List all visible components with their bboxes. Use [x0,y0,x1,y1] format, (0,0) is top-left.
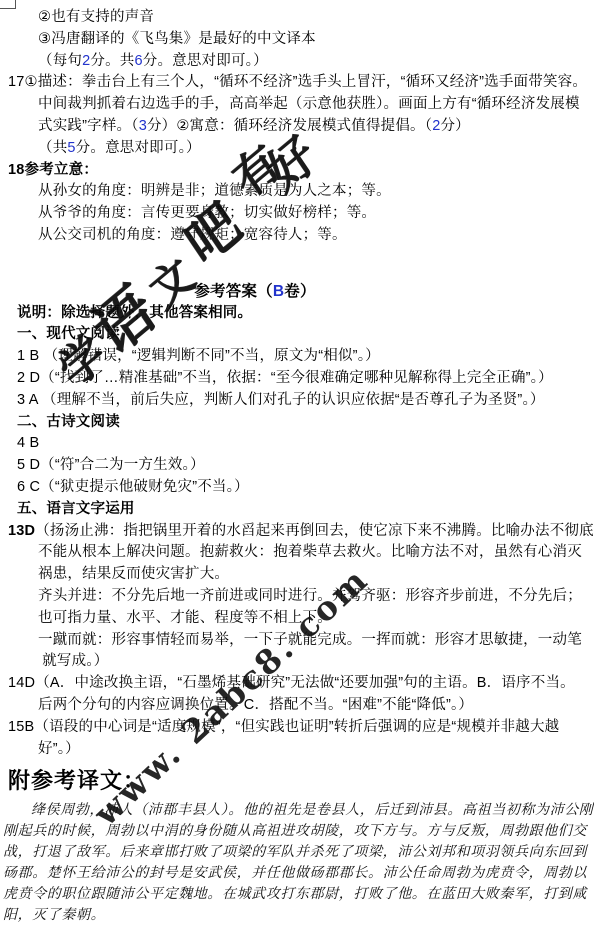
text-segment: 五、语言文字运用 [17,501,135,517]
text-line: 从孙女的角度：明辨是非；道德素质是为人之本；等。 [0,181,594,203]
text-line: （共5分。意思对即可。） [0,138,594,160]
exam-answer-page: ②也有支持的声音③冯唐翻译的《飞鸟集》是最好的中文译本（每句2分。共6分。意思对… [0,0,594,935]
text-line: 不能从根本上解决问题。抱薪救火：抱着柴草去救火。比喻方法不对，虽然有心消灭 [0,542,594,564]
text-segment: 从公交司机的角度：遵守规矩；宽容待人；等。 [38,227,347,243]
text-segment: 二、古诗文阅读 [17,414,120,430]
text-line: 14D（A．中途改换主语，“石墨烯基础研究”无法做“还要加强”句的主语。B．语序… [0,673,594,695]
text-line: 15B（语段的中心词是“适度规模”，“但实践也证明”转折后强调的应是“规模并非越… [0,717,594,739]
text-line: 从公交司机的角度：遵守规矩；宽容待人；等。 [0,225,594,247]
text-line: 齐头并进：不分先后地一齐前进或同时进行。并驾齐驱：形容齐步前进，不分先后； [0,586,594,608]
text-line: 一、现代文阅读 [0,324,594,346]
text-segment: 4 B [17,435,39,451]
text-line: 中间裁判抓着右边选手的手，高高举起（示意他获胜）。画面上方有“循环经济发展模 [0,94,594,116]
text-line: 就写成。） [0,651,594,673]
corner-box-fragment [0,0,16,9]
translation-line: 虎贲令的职位跟随沛公平定魏地。在城武攻打东郡尉，打败了他。在蓝田大败秦军，打到咸 [0,884,594,905]
text-line: 17①描述：拳击台上有三个人，“循环不经济”选手头上冒汗，“循环又经济”选手面带… [0,72,594,94]
text-line: 3 A （理解不当，前后失应，判断人们对孔子的认识应依据“是否尊孔子为圣贤”。） [0,390,594,412]
text-line: 好”。） [0,739,594,761]
text-segment: 不能从根本上解决问题。抱薪救火：抱着柴草去救火。比喻方法不对，虽然有心消灭 [38,544,582,560]
text-segment: 一蹴而就：形容事情轻而易举，一下子就能完成。一挥而就：形容才思敏捷，一动笔 [38,632,582,648]
text-line: （每句2分。共6分。意思对即可。） [0,51,594,73]
score-number: B [273,283,284,300]
translation-title: 附参考译文： [0,765,594,797]
text-segment: ②也有支持的声音 [38,9,154,25]
text-line: 从爷爷的角度：言传更要身教；切实做好榜样；等。 [0,203,594,225]
text-segment: 参考答案（ [194,283,273,300]
text-segment: 中间裁判抓着右边选手的手，高高举起（示意他获胜）。画面上方有“循环经济发展模 [38,96,580,112]
text-line: 13D（扬汤止沸：指把锅里开着的水舀起来再倒回去，使它凉下来不沸腾。比喻办法不彻… [0,521,594,543]
translation-line: 绛侯周勃，沛人（沛郡丰县人）。他的祖先是卷县人，后迁到沛县。高祖当初称为沛公刚 [0,800,594,821]
translation-line: 刚起兵的时候，周勃以中涓的身份随从高祖进攻胡陵，攻下方与。方与反叛，周勃跟他们交 [0,821,594,842]
text-segment: 也可指力量、水平、才能、程度等不相上下。 [38,610,332,626]
text-line: 二、古诗文阅读 [0,412,594,434]
score-number: 3 [139,118,147,134]
translation-paragraph: 绛侯周勃，沛人（沛郡丰县人）。他的祖先是卷县人，后迁到沛县。高祖当初称为沛公刚刚… [0,800,594,926]
text-line: 18参考立意： [0,160,594,182]
text-segment: 祸患，结果反而使灾害扩大。 [38,566,229,582]
text-segment: 分）②寓意：循环经济发展模式值得提倡。（ [147,118,432,134]
text-segment: 13D [8,523,35,539]
text-segment: 5 D（“符”合二为一方生效。） [17,457,205,473]
text-line: 后两个分句的内容应调换位置。C．搭配不当。“困难”不能“降低”。） [0,695,594,717]
text-line: ②也有支持的声音 [0,7,594,29]
text-segment: 分。共 [90,53,134,69]
text-segment: 分。意思对即可。） [76,140,201,156]
text-line: 说明：除选择题外，其他答案相同。 [0,303,594,325]
text-segment: 齐头并进：不分先后地一齐前进或同时进行。并驾齐驱：形容齐步前进，不分先后； [38,588,582,604]
text-line: 也可指力量、水平、才能、程度等不相上下。 [0,608,594,630]
text-segment: 从爷爷的角度：言传更要身教；切实做好榜样；等。 [38,205,376,221]
score-number: 5 [67,140,75,156]
text-segment: 式实践”字样。（ [38,118,139,134]
text-line: ③冯唐翻译的《飞鸟集》是最好的中文译本 [0,29,594,51]
text-segment: 17①描述：拳击台上有三个人，“循环不经济”选手头上冒汗，“循环又经济”选手面带… [8,74,587,90]
text-line: 祸患，结果反而使灾害扩大。 [0,564,594,586]
answer-b-heading: 参考答案（B卷） [0,281,510,303]
text-segment: 6 C（“狱吏提示他破财免灾”不当。） [17,479,249,495]
document-body: ②也有支持的声音③冯唐翻译的《飞鸟集》是最好的中文译本（每句2分。共6分。意思对… [0,0,594,926]
text-segment: 分。意思对即可。） [143,53,268,69]
text-segment: 14D（A．中途改换主语，“石墨烯基础研究”无法做“还要加强”句的主语。B．语序… [8,675,575,691]
score-number: 6 [134,53,142,69]
text-line: 5 D（“符”合二为一方生效。） [0,455,594,477]
text-segment: 卷） [284,283,315,300]
text-segment: 从孙女的角度：明辨是非；道德素质是为人之本；等。 [38,183,391,199]
text-line: 2 D（“找到了…精准基础”不当，依据：“至今很难确定哪种见解称得上完全正确”。… [0,368,594,390]
text-line: 6 C（“狱吏提示他破财免灾”不当。） [0,477,594,499]
text-line: 式实践”字样。（3分）②寓意：循环经济发展模式值得提倡。（2分） [0,116,594,138]
text-line: 五、语言文字运用 [0,499,594,521]
text-segment: 后两个分句的内容应调换位置。C．搭配不当。“困难”不能“降低”。） [38,697,473,713]
text-line: 4 B [0,433,594,455]
text-segment: 好”。） [38,741,80,757]
text-segment: ③冯唐翻译的《飞鸟集》是最好的中文译本 [38,31,316,47]
text-segment: 18参考立意： [8,162,98,178]
text-segment: （共 [38,140,67,156]
text-line: 一蹴而就：形容事情轻而易举，一下子就能完成。一挥而就：形容才思敏捷，一动笔 [0,630,594,652]
translation-line: 战，打退了敌军。后来章邯打败了项梁的军队并杀死了项梁，沛公刘邦和项羽领兵向东回到 [0,842,594,863]
text-segment: 就写成。） [38,653,108,669]
text-line: 1 B （理解错误，“逻辑判断不同”不当，原文为“相似”。） [0,346,594,368]
translation-line: 砀郡。楚怀王给沛公的封号是安武侯，并任他做砀郡郡长。沛公任命周勃为虎贲令，周勃以 [0,863,594,884]
text-segment: （扬汤止沸：指把锅里开着的水舀起来再倒回去，使它凉下来不沸腾。比喻办法不彻底， [35,523,594,539]
translation-line: 阳，灭了秦朝。 [0,905,594,926]
text-segment: （每句 [38,53,82,69]
text-segment: 3 A （理解不当，前后失应，判断人们对孔子的认识应依据“是否尊孔子为圣贤”。） [17,392,545,408]
text-segment: 说明：除选择题外，其他答案相同。 [17,305,252,321]
text-segment: 分） [440,118,469,134]
text-segment: 15B（语段的中心词是“适度规模”，“但实践也证明”转折后强调的应是“规模并非越… [8,719,559,735]
text-segment: 一、现代文阅读 [17,326,120,342]
text-segment: 2 D（“找到了…精准基础”不当，依据：“至今很难确定哪种见解称得上完全正确”。… [17,370,553,386]
text-segment: 1 B （理解错误，“逻辑判断不同”不当，原文为“相似”。） [17,348,380,364]
